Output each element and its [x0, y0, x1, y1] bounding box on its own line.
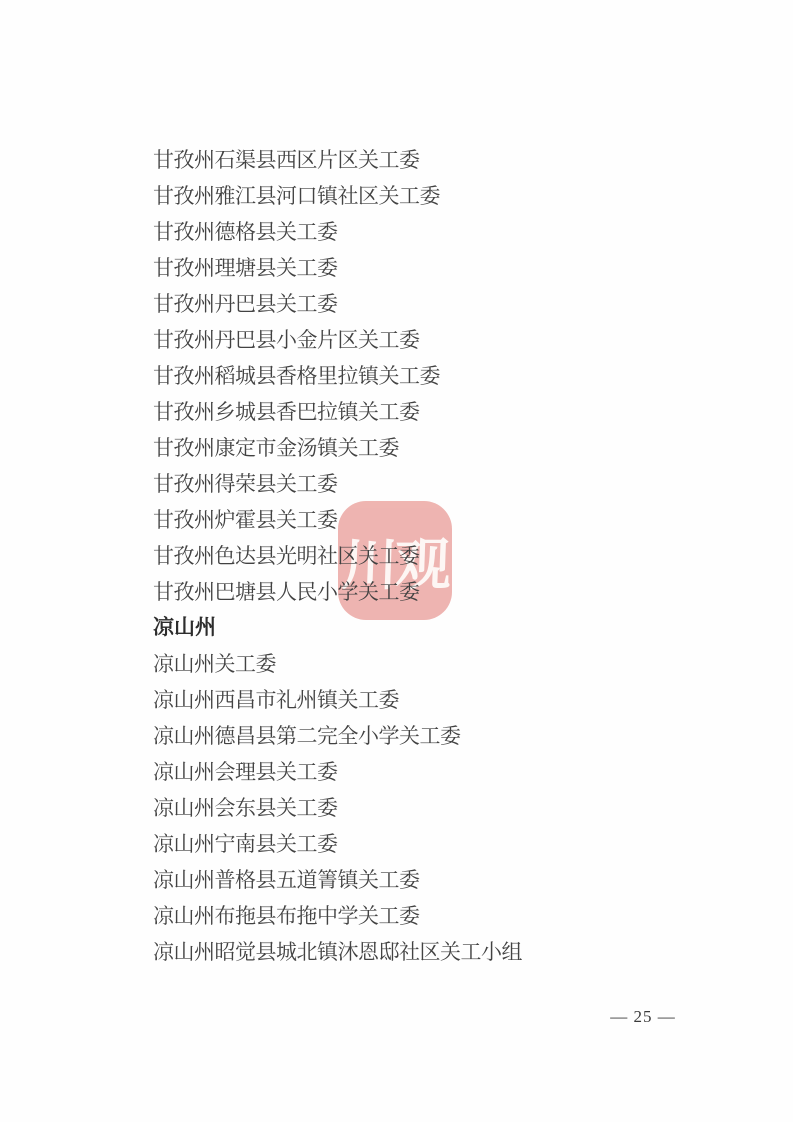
- page-number: — 25 —: [595, 1005, 691, 1029]
- organization-list: 甘孜州石渠县西区片区关工委甘孜州雅江县河口镇社区关工委甘孜州德格县关工委甘孜州理…: [153, 142, 522, 970]
- list-item: 凉山州德昌县第二完全小学关工委: [153, 718, 522, 754]
- list-item: 甘孜州德格县关工委: [153, 214, 522, 250]
- list-item: 甘孜州炉霍县关工委: [153, 502, 522, 538]
- list-item: 凉山州关工委: [153, 646, 522, 682]
- list-item: 甘孜州康定市金汤镇关工委: [153, 430, 522, 466]
- list-item: 凉山州昭觉县城北镇沐恩邸社区关工小组: [153, 934, 522, 970]
- list-item: 凉山州普格县五道箐镇关工委: [153, 862, 522, 898]
- document-page: 川观 甘孜州石渠县西区片区关工委甘孜州雅江县河口镇社区关工委甘孜州德格县关工委甘…: [0, 0, 793, 1122]
- list-item: 凉山州布拖县布拖中学关工委: [153, 898, 522, 934]
- list-item: 甘孜州丹巴县关工委: [153, 286, 522, 322]
- list-item: 甘孜州石渠县西区片区关工委: [153, 142, 522, 178]
- list-item: 甘孜州乡城县香巴拉镇关工委: [153, 394, 522, 430]
- list-item: 甘孜州丹巴县小金片区关工委: [153, 322, 522, 358]
- list-item: 甘孜州色达县光明社区关工委: [153, 538, 522, 574]
- list-item: 甘孜州稻城县香格里拉镇关工委: [153, 358, 522, 394]
- list-item: 凉山州会理县关工委: [153, 754, 522, 790]
- list-item: 甘孜州雅江县河口镇社区关工委: [153, 178, 522, 214]
- list-item: 凉山州会东县关工委: [153, 790, 522, 826]
- list-item: 甘孜州得荣县关工委: [153, 466, 522, 502]
- section-header: 凉山州: [153, 610, 522, 646]
- list-item: 甘孜州巴塘县人民小学关工委: [153, 574, 522, 610]
- list-item: 甘孜州理塘县关工委: [153, 250, 522, 286]
- list-item: 凉山州宁南县关工委: [153, 826, 522, 862]
- list-item: 凉山州西昌市礼州镇关工委: [153, 682, 522, 718]
